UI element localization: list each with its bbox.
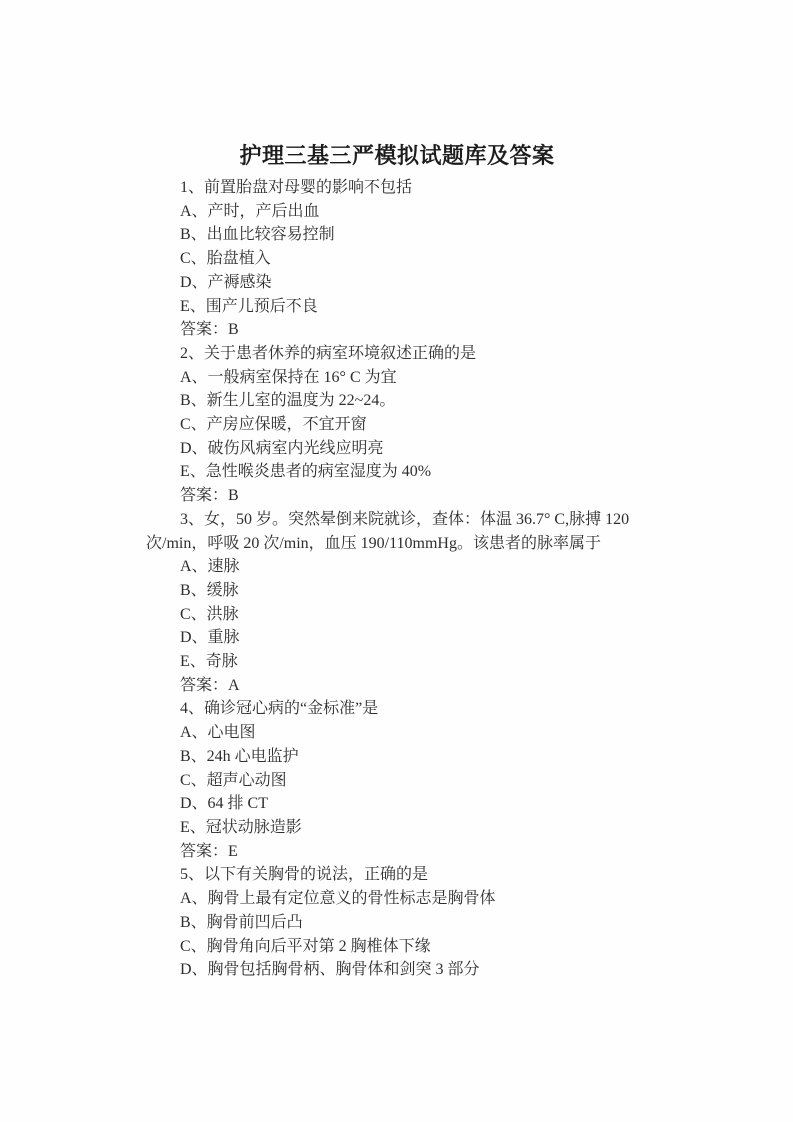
answer-line: 答案：E [146, 840, 648, 864]
option-line: C、胎盘植入 [146, 247, 648, 271]
option-line: B、出血比较容易控制 [146, 223, 648, 247]
option-line: E、急性喉炎患者的病室湿度为 40% [146, 460, 648, 484]
option-line: A、心电图 [146, 721, 648, 745]
question-list: 1、前置胎盘对母婴的影响不包括A、产时，产后出血B、出血比较容易控制C、胎盘植入… [146, 176, 648, 982]
option-line: B、新生儿室的温度为 22~24。 [146, 389, 648, 413]
option-line: E、奇脉 [146, 650, 648, 674]
option-line: A、产时，产后出血 [146, 200, 648, 224]
option-line: D、产褥感染 [146, 271, 648, 295]
question-stem: 3、女，50 岁。突然晕倒来院就诊，查体：体温 36.7° C,脉搏 120 次… [146, 508, 648, 555]
document-page: 护理三基三严模拟试题库及答案 1、前置胎盘对母婴的影响不包括A、产时，产后出血B… [0, 0, 793, 1122]
option-line: C、产房应保暖，不宜开窗 [146, 413, 648, 437]
option-line: D、重脉 [146, 626, 648, 650]
option-line: A、一般病室保持在 16° C 为宜 [146, 366, 648, 390]
question-stem: 4、确诊冠心病的“金标准”是 [146, 697, 648, 721]
option-line: A、速脉 [146, 555, 648, 579]
option-line: B、24h 心电监护 [146, 745, 648, 769]
option-line: C、超声心动图 [146, 769, 648, 793]
option-line: E、冠状动脉造影 [146, 816, 648, 840]
option-line: C、洪脉 [146, 603, 648, 627]
option-line: B、缓脉 [146, 579, 648, 603]
document-content: 护理三基三严模拟试题库及答案 1、前置胎盘对母婴的影响不包括A、产时，产后出血B… [0, 0, 793, 982]
option-line: D、胸骨包括胸骨柄、胸骨体和剑突 3 部分 [146, 958, 648, 982]
option-line: B、胸骨前凹后凸 [146, 911, 648, 935]
option-line: D、破伤风病室内光线应明亮 [146, 437, 648, 461]
option-line: A、胸骨上最有定位意义的骨性标志是胸骨体 [146, 887, 648, 911]
answer-line: 答案：B [146, 318, 648, 342]
answer-line: 答案：A [146, 674, 648, 698]
question-stem: 1、前置胎盘对母婴的影响不包括 [146, 176, 648, 200]
question-stem: 2、关于患者休养的病室环境叙述正确的是 [146, 342, 648, 366]
document-title: 护理三基三严模拟试题库及答案 [146, 143, 648, 168]
question-stem: 5、以下有关胸骨的说法，正确的是 [146, 863, 648, 887]
option-line: E、围产儿预后不良 [146, 295, 648, 319]
option-line: C、胸骨角向后平对第 2 胸椎体下缘 [146, 935, 648, 959]
answer-line: 答案：B [146, 484, 648, 508]
option-line: D、64 排 CT [146, 792, 648, 816]
